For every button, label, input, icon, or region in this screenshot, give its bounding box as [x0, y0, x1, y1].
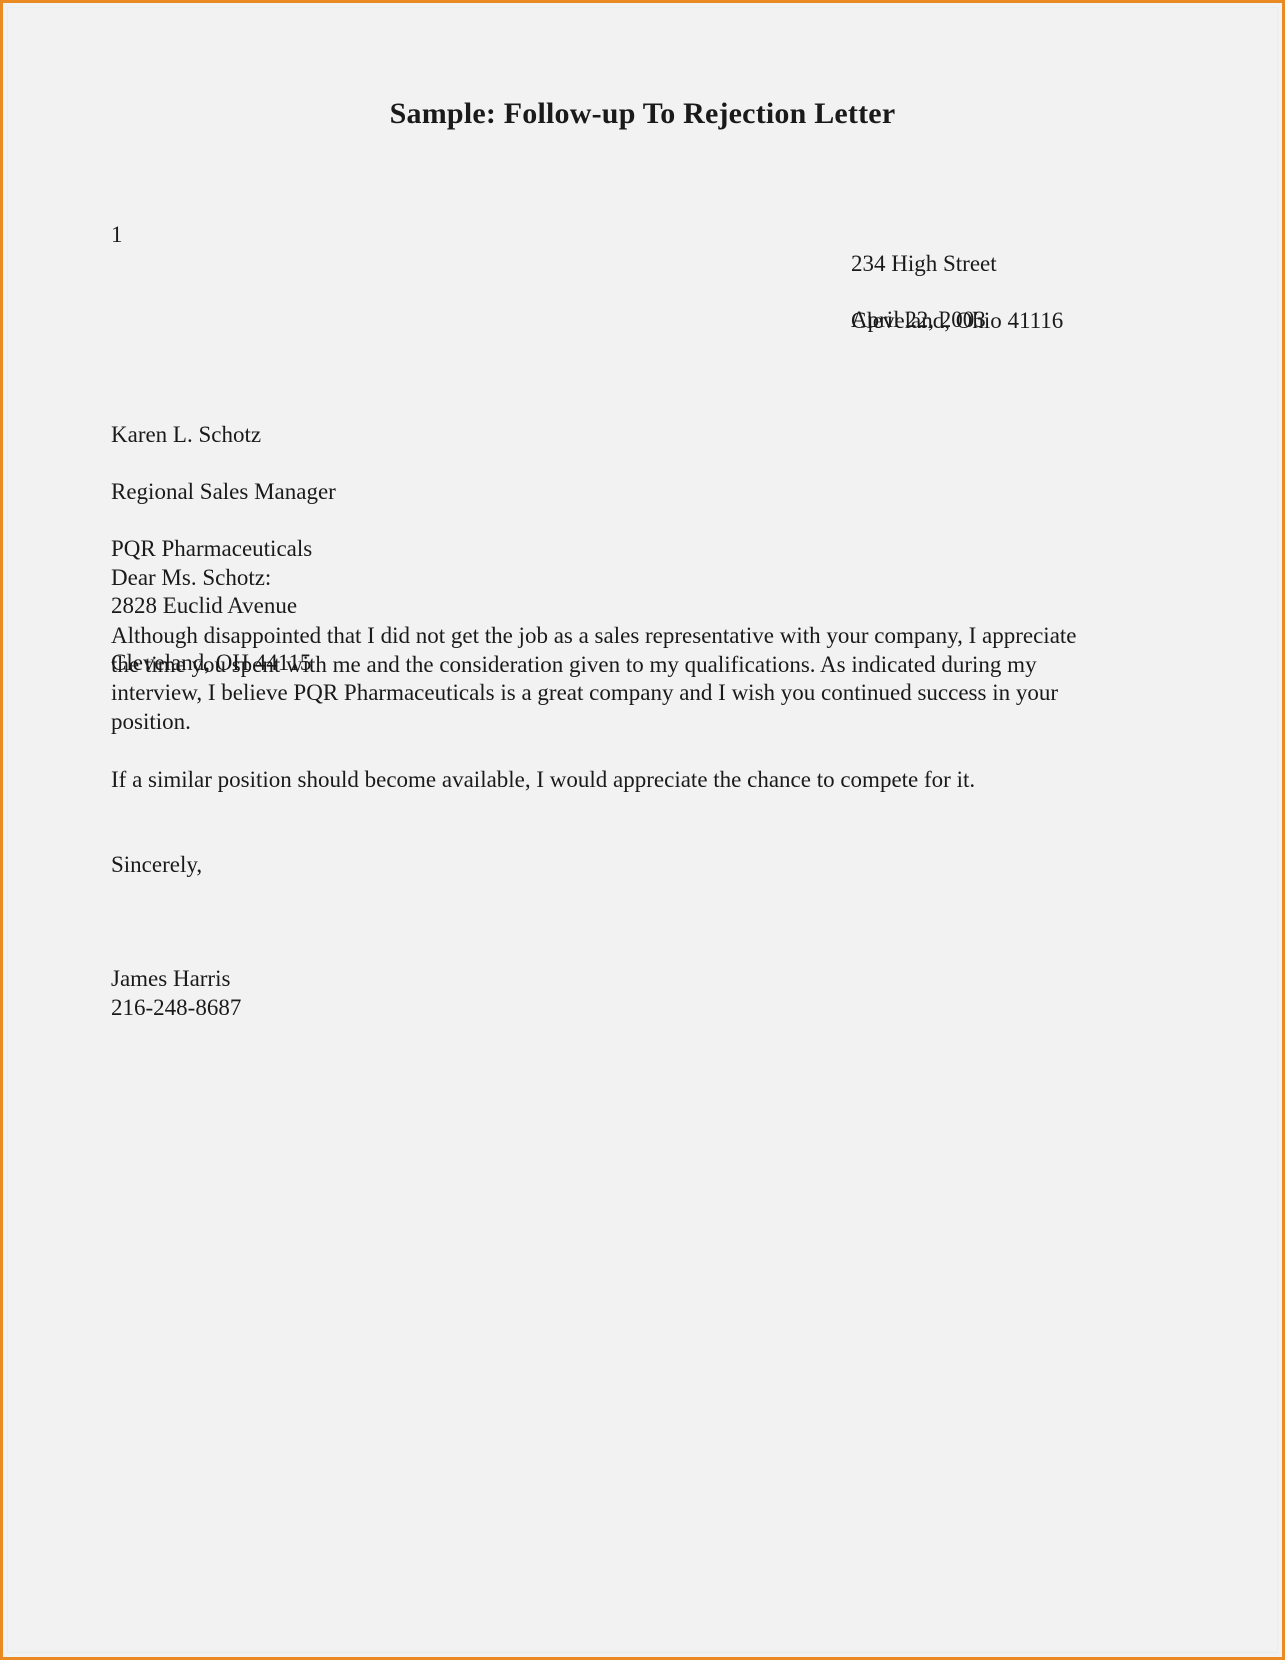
recipient-company: PQR Pharmaceuticals	[111, 535, 336, 564]
letter-date: April 22, 2003	[851, 306, 986, 335]
signature-phone: 216-248-8687	[111, 994, 241, 1023]
recipient-name: Karen L. Schotz	[111, 421, 336, 450]
sender-address: 234 High Street Cleveland, Ohio 41116	[851, 221, 1063, 364]
closing: Sincerely,	[111, 851, 202, 880]
page-inner-border	[7, 7, 1278, 1653]
body-paragraph-2: If a similar position should become avai…	[111, 766, 975, 795]
paragraph-line: interview, I believe PQR Pharmaceuticals…	[111, 679, 1196, 708]
body-paragraph-1: Although disappointed that I did not get…	[111, 622, 1196, 736]
sender-street: 234 High Street	[851, 250, 1063, 279]
page-number: 1	[111, 221, 123, 250]
recipient-street: 2828 Euclid Avenue	[111, 592, 336, 621]
document-title: Sample: Follow-up To Rejection Letter	[3, 97, 1282, 131]
salutation: Dear Ms. Schotz:	[111, 564, 271, 593]
letter-page: Sample: Follow-up To Rejection Letter 1 …	[0, 0, 1285, 1660]
recipient-title: Regional Sales Manager	[111, 478, 336, 507]
signature-name: James Harris	[111, 965, 230, 994]
paragraph-line: position.	[111, 708, 1196, 737]
paragraph-line: the time you spent with me and the consi…	[111, 651, 1196, 680]
paragraph-line: Although disappointed that I did not get…	[111, 622, 1196, 651]
